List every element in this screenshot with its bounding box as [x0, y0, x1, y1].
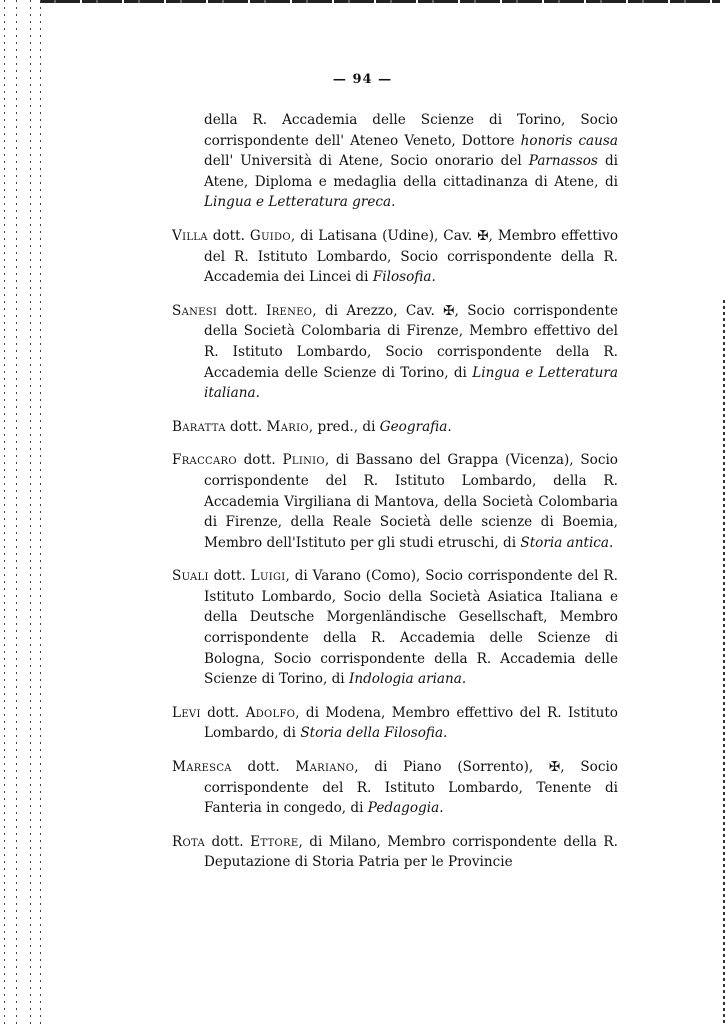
entry-title: dott. — [213, 228, 245, 244]
scan-top-edge — [40, 0, 720, 3]
entry-subject: Storia della Filosofia. — [300, 725, 447, 741]
entry-continuation: della R. Accademia delle Scienze di Tori… — [172, 110, 618, 213]
scan-dotted-line — [30, 0, 31, 1024]
entry-title: dott. — [226, 303, 258, 319]
italic-phrase: honoris causa — [521, 133, 618, 149]
entry-given-name: Plinio — [282, 452, 324, 468]
entry-surname: Sanesi — [172, 303, 217, 319]
scan-dotted-line — [4, 0, 5, 1024]
entry-given-name: Ettore — [250, 834, 298, 850]
entry-maresca: Maresca dott. Mariano, di Piano (Sorrent… — [172, 757, 618, 819]
entry-title: dott. — [207, 705, 239, 721]
entry-villa: Villa dott. Guido, di Latisana (Udine), … — [172, 226, 618, 288]
italic-phrase: Parnassos — [529, 153, 598, 169]
entry-fraccaro: Fraccaro dott. Plinio, di Bassano del Gr… — [172, 450, 618, 553]
entry-levi: Levi dott. Adolfo, di Modena, Membro eff… — [172, 703, 618, 744]
entry-rota: Rota dott. Ettore, di Milano, Membro cor… — [172, 832, 618, 873]
entry-sanesi: Sanesi dott. Ireneo, di Arezzo, Cav. ✠, … — [172, 301, 618, 404]
entry-surname: Levi — [172, 705, 201, 721]
scan-dotted-line — [40, 0, 41, 1024]
entry-surname: Villa — [172, 228, 208, 244]
entry-title: dott. — [244, 452, 276, 468]
entry-surname: Maresca — [172, 759, 232, 775]
entry-surname: Suali — [172, 568, 209, 584]
entry-subject: Geografia. — [380, 419, 452, 435]
entry-given-name: Mariano — [295, 759, 354, 775]
entry-suali: Suali dott. Luigi, di Varano (Como), Soc… — [172, 566, 618, 690]
document-body: della R. Accademia delle Scienze di Tori… — [172, 110, 618, 886]
page-number: — 94 — — [0, 72, 725, 87]
entry-given-name: Ireneo — [266, 303, 312, 319]
entry-given-name: Adolfo — [246, 705, 296, 721]
entry-surname: Fraccaro — [172, 452, 237, 468]
entry-given-name: Guido — [250, 228, 291, 244]
entry-title: dott. — [212, 834, 244, 850]
entry-details: , pred., di — [309, 419, 380, 435]
entry-title: dott. — [248, 759, 280, 775]
entry-subject: Indologia ariana. — [349, 671, 466, 687]
entry-text: dell' Università di Atene, Socio onorari… — [204, 153, 529, 169]
entry-details: , di Varano (Como), Socio corrispondente… — [204, 568, 618, 687]
entry-title: dott. — [230, 419, 262, 435]
entry-surname: Rota — [172, 834, 205, 850]
entry-surname: Baratta — [172, 419, 226, 435]
entry-baratta: Baratta dott. Mario, pred., di Geografia… — [172, 417, 618, 438]
entry-subject: Pedagogia. — [368, 800, 444, 816]
entry-subject: Storia antica. — [520, 535, 613, 551]
scan-dotted-line — [16, 0, 17, 1024]
entry-given-name: Luigi — [251, 568, 286, 584]
entry-subject: Filosofia. — [373, 269, 436, 285]
scan-left-margin-artifacts — [0, 0, 48, 1024]
entry-subject: Lingua e Letteratura greca. — [204, 194, 395, 210]
entry-given-name: Mario — [267, 419, 309, 435]
entry-title: dott. — [214, 568, 246, 584]
